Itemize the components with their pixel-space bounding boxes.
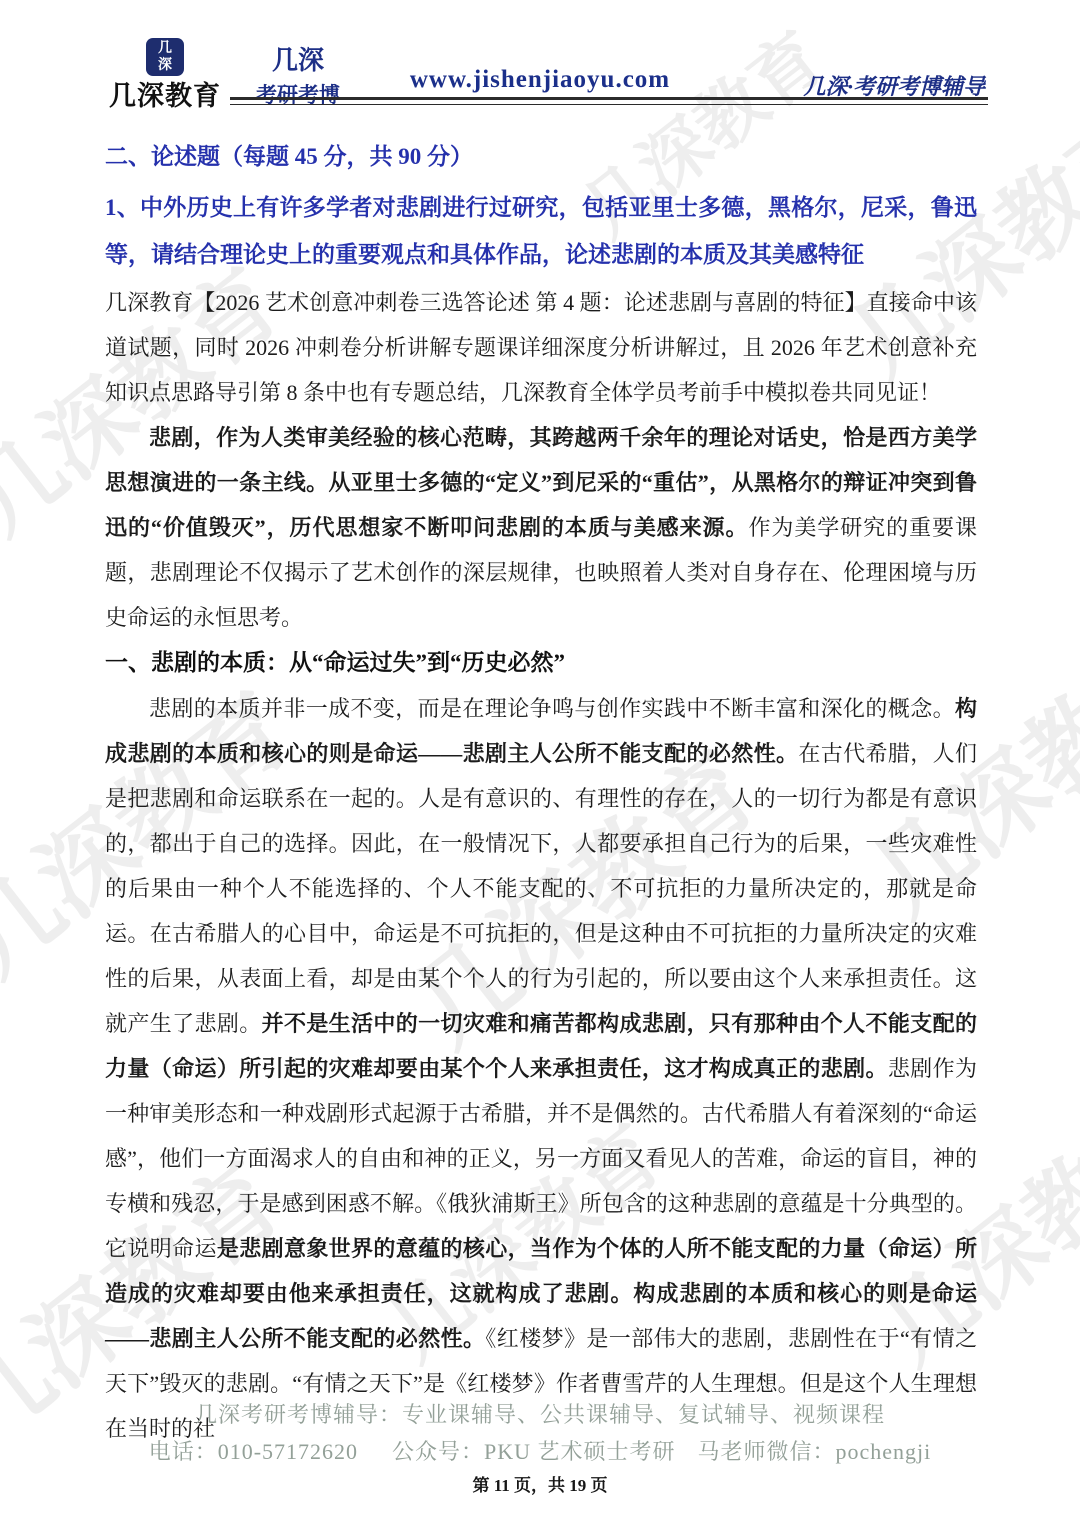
footer-wechat: 马老师微信：pochengji xyxy=(698,1439,932,1464)
exam-hit-note: 几深教育【2026 艺术创意冲刺卷三选答论述 第 4 题：论述悲剧与喜剧的特征】… xyxy=(105,280,977,415)
logo-icon-char-top: 几 xyxy=(146,40,184,57)
document-page: 几深教育 几深教育 几深教育 几深教育 几深教育 几深教育 几深教育 几深教育 … xyxy=(0,0,1080,1527)
intro-paragraph: 悲剧，作为人类审美经验的核心范畴，其跨越两千余年的理论对话史，恰是西方美学思想演… xyxy=(105,415,977,640)
section-title: 二、论述题（每题 45 分，共 90 分） xyxy=(105,134,977,180)
body-paragraph: 悲剧的本质并非一成不变，而是在理论争鸣与创作实践中不断丰富和深化的概念。构成悲剧… xyxy=(105,686,977,1451)
page-number: 第 11 页，共 19 页 xyxy=(0,1473,1080,1499)
footer-public-account: 公众号：PKU 艺术硕士考研 xyxy=(392,1439,676,1464)
footer-contacts: 电话：010-57172620公众号：PKU 艺术硕士考研马老师微信：poche… xyxy=(0,1433,1080,1471)
footer-services: 几深考研考博辅导：专业课辅导、公共课辅导、复试辅导、视频课程 xyxy=(0,1396,1080,1433)
header-divider xyxy=(230,97,988,105)
sub-heading-tragedy-essence: 一、悲剧的本质：从“命运过失”到“历史必然” xyxy=(105,640,977,686)
document-body: 二、论述题（每题 45 分，共 90 分） 1、中外历史上有许多学者对悲剧进行过… xyxy=(105,134,977,1451)
footer-phone: 电话：010-57172620 xyxy=(149,1439,358,1464)
page-header: 几 深 几深教育 几深 考研考博 www.jishenjiaoyu.com 几深… xyxy=(0,0,1080,110)
essay-question: 1、中外历史上有许多学者对悲剧进行过研究，包括亚里士多德，黑格尔，尼采，鲁迅等，… xyxy=(105,184,977,278)
page-footer: 几深考研考博辅导：专业课辅导、公共课辅导、复试辅导、视频课程 电话：010-57… xyxy=(0,1396,1080,1499)
